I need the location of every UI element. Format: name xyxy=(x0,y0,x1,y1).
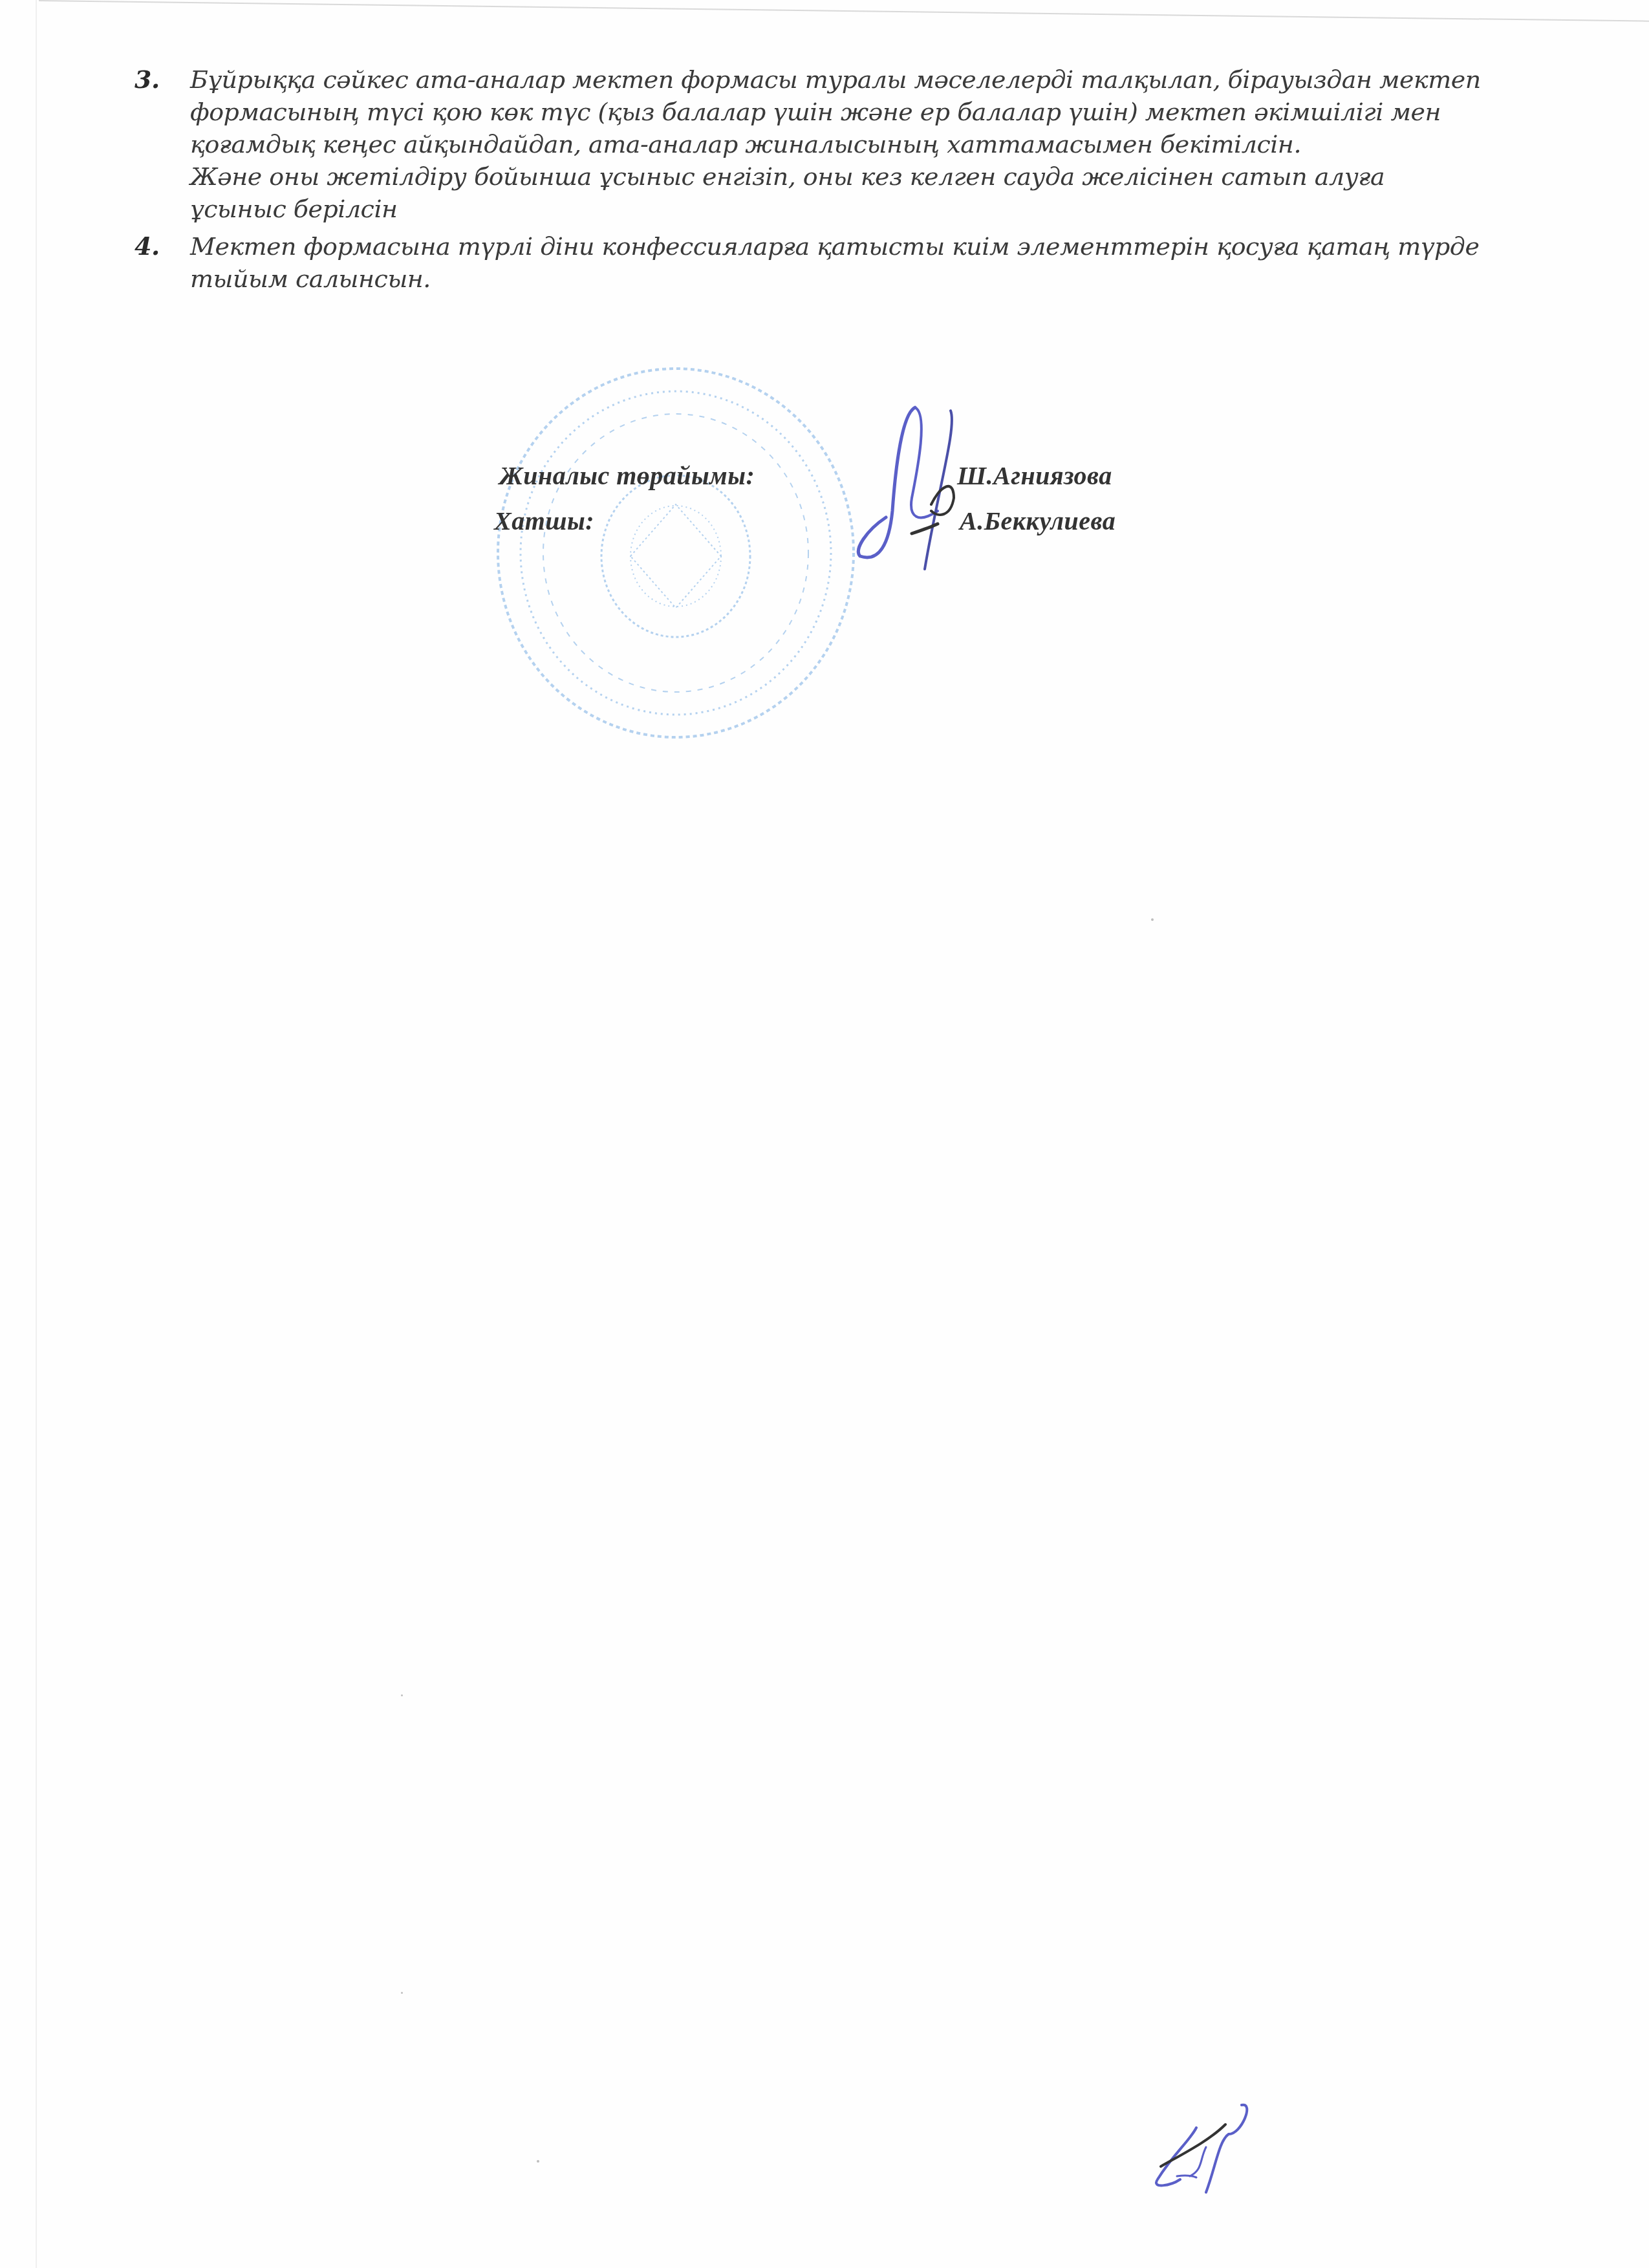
item-line: ұсыныс берілсін xyxy=(190,193,1590,225)
page-initials-signature-icon xyxy=(1125,2089,1267,2212)
scan-speck xyxy=(401,1992,403,1994)
item-line: формасының түсі қою көк түс (қыз балалар… xyxy=(190,96,1590,128)
item-line: тыйым салынсын. xyxy=(190,263,1590,295)
item-line: Мектеп формасына түрлі діни конфессиялар… xyxy=(190,230,1590,263)
item-number: 4. xyxy=(135,230,160,263)
list-item: 3. Бұйрыққа сәйкес ата-аналар мектеп фор… xyxy=(135,63,1590,225)
secretary-label: Хатшы: xyxy=(494,506,594,536)
scan-speck xyxy=(537,2160,539,2163)
item-line: Және оны жетілдіру бойынша ұсыныс енгізі… xyxy=(190,160,1590,193)
item-line: қоғамдық кеңес айқындайдап, ата-аналар ж… xyxy=(190,128,1590,160)
scan-speck xyxy=(401,1694,403,1696)
list-item: 4. Мектеп формасына түрлі діни конфессия… xyxy=(135,230,1590,295)
scan-edge xyxy=(39,0,1649,22)
item-number: 3. xyxy=(135,63,160,96)
resolution-list: 3. Бұйрыққа сәйкес ата-аналар мектеп фор… xyxy=(135,63,1590,295)
chair-name: Ш.Агниязова xyxy=(957,460,1112,491)
secretary-name: А.Беккулиева xyxy=(960,506,1115,536)
scan-speck xyxy=(1151,918,1154,921)
official-stamp-icon xyxy=(491,362,860,744)
document-page: 3. Бұйрыққа сәйкес ата-аналар мектеп фор… xyxy=(0,0,1649,2268)
item-line: Бұйрыққа сәйкес ата-аналар мектеп формас… xyxy=(190,63,1590,96)
scan-edge-left xyxy=(36,0,37,2268)
chair-label: Жиналыс төрайымы: xyxy=(499,460,755,491)
